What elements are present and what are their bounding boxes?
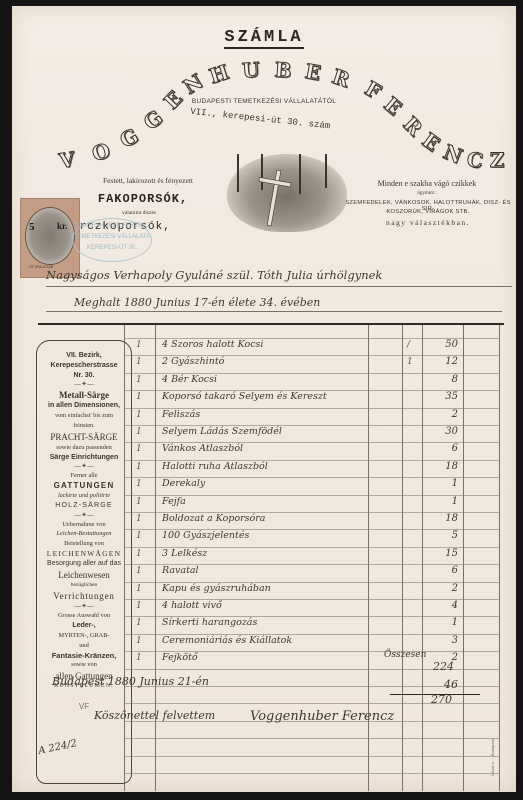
subtotal-amount: 224 <box>424 660 454 673</box>
item-description: 3 Lelkész <box>162 548 207 559</box>
item-description: 4 Bér Kocsi <box>162 374 217 385</box>
sidebar-line: HOLZ-SÄRGE <box>37 501 131 511</box>
recipient-line: Nagyságos Verhapoly Gyuláné szül. Tóth J… <box>46 268 382 282</box>
item-quantity: 1 <box>136 375 142 385</box>
item-quantity: 1 <box>136 427 142 437</box>
sidebar-line: Ferner alle <box>37 471 131 481</box>
row-rule <box>124 773 500 774</box>
item-description: Feliszás <box>162 409 200 420</box>
item-quantity: 1 <box>136 653 142 663</box>
arc-letter: O <box>87 137 115 167</box>
item-description: Vánkos Atlaszból <box>162 443 243 454</box>
sidebar-line: Besorgung aller auf das <box>37 559 131 569</box>
item-quantity: 1 <box>136 479 142 489</box>
item-description: Fejfa <box>162 496 186 507</box>
recipient-underline <box>46 286 512 287</box>
item-amount: 5 <box>428 530 458 541</box>
arc-letter: B <box>271 57 295 82</box>
item-description: Derekaly <box>162 478 205 489</box>
received-note: Köszönettel felvettem <box>94 709 215 722</box>
item-quantity: 1 <box>136 618 142 628</box>
death-notice-underline <box>46 311 502 312</box>
sidebar-line: sowie dazu passenden <box>37 443 131 453</box>
invoice-paper: SZÁMLA V O G G E N H U B E R F E R E N C… <box>12 6 516 792</box>
arc-letter: E <box>300 58 326 85</box>
sidebar-line: VII. Bezirk, <box>37 351 131 361</box>
item-amount: 30 <box>428 426 458 437</box>
stamp-emblem-icon <box>25 207 75 265</box>
left-ad-line3: valamint díszes <box>122 210 156 216</box>
company-address: VII., kerepesi-út 30. szám <box>190 107 331 132</box>
item-description: 4 halott vivő <box>162 600 222 611</box>
sidebar-line: sowie von <box>37 660 131 670</box>
item-description: 2 Gyászhintó <box>162 356 224 367</box>
arc-letter: C <box>462 147 487 174</box>
funeral-vignette-image <box>227 154 347 232</box>
sidebar-line: GATTUNGEN <box>37 481 131 491</box>
item-quantity: 1 <box>136 636 142 646</box>
item-quantity: 1 <box>136 601 142 611</box>
sidebar-line: Särge Einrichtungen <box>37 453 131 463</box>
item-amount: 1 <box>428 478 458 489</box>
ornament-divider-icon: —✦— <box>37 380 131 389</box>
item-quantity: 1 <box>136 462 142 472</box>
sidebar-line: Fantasie-Kränzen, <box>37 651 131 661</box>
sidebar-line: Leichen-Bestattungen <box>37 529 131 539</box>
grand-total: 270 <box>422 693 452 706</box>
item-amount: 15 <box>428 548 458 559</box>
item-description: Sírkerti harangozás <box>162 617 257 628</box>
item-description: Halotti ruha Atlaszból <box>162 461 268 472</box>
row-rule <box>124 756 500 757</box>
item-description: Selyem Ládás Szemfödél <box>162 426 282 437</box>
left-ad-line1: Festett, lakirozott és fényezett <box>78 176 218 185</box>
item-amount: 2 <box>428 409 458 420</box>
arc-letter: V <box>54 147 79 174</box>
item-quantity: 1 <box>136 531 142 541</box>
item-quantity: 1 <box>136 340 142 350</box>
sidebar-line: Grosse Auswahl von <box>37 611 131 621</box>
item-amount: 1 <box>428 617 458 628</box>
item-description: Ravatal <box>162 565 199 576</box>
sidebar-line: PRACHT-SÄRGE <box>37 431 131 443</box>
printer-mark: Druck v. ... Budapest <box>490 656 498 776</box>
sidebar-line: feinsten. <box>37 421 131 431</box>
sidebar-line: Uebernahme von <box>37 520 131 530</box>
arc-letter: G <box>137 104 169 136</box>
item-quantity: 1 <box>136 357 142 367</box>
item-quantity: 1 <box>136 566 142 576</box>
arc-letter: U <box>239 57 263 82</box>
item-quantity: 1 <box>136 392 142 402</box>
rubber-stamp-line: VOGGENHUBER FERENCZ <box>73 221 151 232</box>
sidebar-line: Leder-, <box>37 621 131 631</box>
item-description: 4 Szoros halott Kocsi <box>162 339 263 350</box>
revenue-stamp: 5 kr. ÖT KRAJCZÁR <box>20 198 80 278</box>
invoice-title: SZÁMLA <box>12 28 516 47</box>
item-florin-mark: 1 <box>407 357 413 367</box>
item-description: Kapu és gyászruhában <box>162 583 271 594</box>
additional-amount: 46 <box>428 678 458 691</box>
signature: Voggenhuber Ferencz <box>250 709 394 724</box>
item-amount: 6 <box>428 565 458 576</box>
item-amount: 8 <box>428 374 458 385</box>
sidebar-line: lackirte und politirte <box>37 491 131 501</box>
company-rubber-stamp: VOGGENHUBER FERENCZ TEMETKEZÉSI VÁLLALAT… <box>72 218 152 262</box>
item-quantity: 1 <box>136 549 142 559</box>
item-amount: 18 <box>428 513 458 524</box>
right-ad-line5: nagy választékban. <box>342 218 514 227</box>
arc-letter: Z <box>486 148 508 172</box>
item-quantity: 1 <box>136 444 142 454</box>
item-amount: 1 <box>428 496 458 507</box>
ornament-divider-icon: —✦— <box>37 511 131 520</box>
sidebar-line: Kerepescherstrasse <box>37 361 131 371</box>
item-description: Ceremoniáriás és Kiállatok <box>162 635 292 646</box>
rubber-stamp-line: KEREPESI-ÚT 30. <box>73 243 151 254</box>
item-quantity: 1 <box>136 514 142 524</box>
item-quantity: 1 <box>136 410 142 420</box>
item-description: 100 Gyászjelentés <box>162 530 249 541</box>
table-top-border <box>38 323 504 325</box>
sidebar-line: MYRTEN-, GRAB- <box>37 631 131 641</box>
item-amount: 2 <box>428 583 458 594</box>
company-subtitle: BUDAPESTI TEMETKEZÉSI VÁLLALATÁTÓL <box>12 98 516 105</box>
item-description: Boldozat a Koporsóra <box>162 513 265 524</box>
cross-candles-icon <box>227 154 347 232</box>
sidebar-line: Verrichtungen <box>37 590 131 602</box>
right-ad-line2: úgymint : <box>342 191 512 196</box>
right-ad-line1: Minden e szakba vágó czikkek <box>342 179 512 188</box>
left-ad-line2: FAKOPORSÓK, <box>58 192 228 206</box>
sidebar-line: Metall-Särge <box>37 389 131 401</box>
stamp-unit: kr. <box>57 221 67 231</box>
row-rule <box>124 738 500 739</box>
place-date: Budapest 1880 Junius 21-én <box>52 675 209 688</box>
item-description: Fejkötő <box>162 652 198 663</box>
ornament-divider-icon: —✦— <box>37 462 131 471</box>
sidebar-line: Nr. 30. <box>37 371 131 381</box>
rubber-stamp-line: TEMETKEZÉSI VÁLLALATA <box>73 232 151 243</box>
sidebar-line: Beistellung von <box>37 539 131 549</box>
sidebar-line: und <box>37 641 131 651</box>
item-amount: 4 <box>428 600 458 611</box>
sidebar-line: Leichenwesen <box>37 569 131 581</box>
item-amount: 50 <box>428 339 458 350</box>
item-quantity: 1 <box>136 497 142 507</box>
sidebar-line: LEICHENWÄGEN <box>37 549 131 559</box>
item-amount: 6 <box>428 443 458 454</box>
item-amount: 3 <box>428 635 458 646</box>
arc-letter: G <box>114 122 145 154</box>
subtotal-label: Összesen <box>384 650 426 660</box>
stamp-value: 5 <box>29 221 35 233</box>
arc-letter: H <box>205 59 233 89</box>
arc-letter: R <box>327 63 355 93</box>
item-quantity: 1 <box>136 584 142 594</box>
sidebar-line: bezüglichen <box>37 581 131 591</box>
sidebar-line: vom einfachst' bis zum <box>37 411 131 421</box>
right-ad-line4: KOSZORÚK, VIRÁGOK STB. <box>342 209 514 215</box>
item-description: Koporsó takaró Selyem és Kereszt <box>162 391 327 402</box>
item-amount: 35 <box>428 391 458 402</box>
item-amount: 12 <box>428 356 458 367</box>
sidebar-line: in allen Dimensionen, <box>37 401 131 411</box>
death-notice-line: Meghalt 1880 Junius 17-én élete 34. évéb… <box>74 296 320 309</box>
ornament-divider-icon: —✦— <box>37 602 131 611</box>
item-florin-mark: / <box>407 340 410 350</box>
item-amount: 18 <box>428 461 458 472</box>
